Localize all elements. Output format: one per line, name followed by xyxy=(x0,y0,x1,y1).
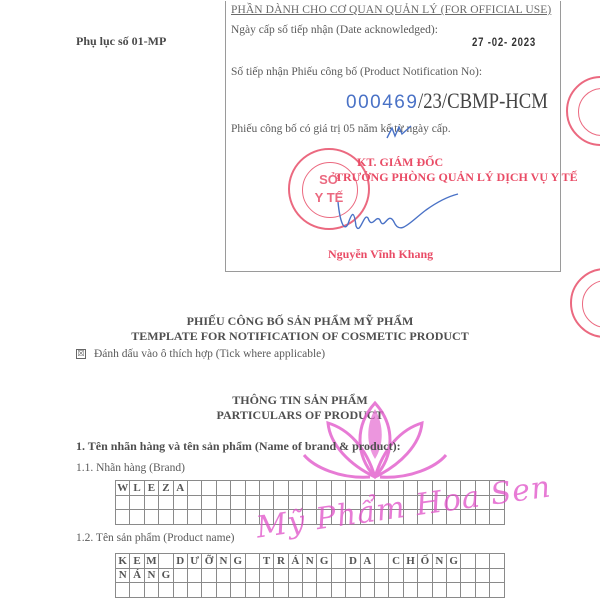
grid-cell: E xyxy=(144,481,158,496)
grid-cell: G xyxy=(317,554,331,569)
grid-cell xyxy=(375,583,389,598)
grid-cell xyxy=(288,568,302,583)
date-acknowledged-value: 27 -02- 2023 xyxy=(472,35,536,49)
grid-cell xyxy=(231,510,245,525)
grid-cell xyxy=(317,481,331,496)
signer-title-line1: KT. GIÁM ĐỐC xyxy=(335,155,578,170)
grid-row: KEMDƯỠNGTRÁNGDACHỐNG xyxy=(116,554,505,569)
grid-cell xyxy=(216,583,230,598)
grid-cell xyxy=(303,568,317,583)
grid-cell xyxy=(202,495,216,510)
grid-cell: W xyxy=(116,481,130,496)
tick-note: ☒Đánh dấu vào ô thích hợp (Tick where ap… xyxy=(76,348,325,360)
notification-number: 000469/23/CBMP-HCM xyxy=(346,88,571,114)
grid-cell: T xyxy=(259,554,273,569)
grid-cell: Ố xyxy=(418,554,432,569)
grid-cell xyxy=(461,568,475,583)
grid-cell: E xyxy=(130,554,144,569)
section-1-title: 1. Tên nhãn hàng và tên sản phẩm (Name o… xyxy=(76,439,401,454)
grid-cell: K xyxy=(116,554,130,569)
grid-cell xyxy=(274,568,288,583)
signer-name: Nguyễn Vĩnh Khang xyxy=(328,247,433,262)
grid-cell xyxy=(403,583,417,598)
grid-cell xyxy=(144,510,158,525)
edge-stamp-top xyxy=(566,76,600,146)
signature-icon xyxy=(330,192,470,242)
product-name-label: 1.2. Tên sản phẩm (Product name) xyxy=(76,532,235,544)
grid-cell xyxy=(303,481,317,496)
grid-cell xyxy=(331,568,345,583)
grid-cell xyxy=(130,495,144,510)
grid-cell xyxy=(403,568,417,583)
grid-cell xyxy=(173,583,187,598)
grid-cell xyxy=(245,481,259,496)
grid-cell xyxy=(245,554,259,569)
grid-cell: Á xyxy=(130,568,144,583)
grid-cell xyxy=(346,583,360,598)
grid-cell: R xyxy=(274,554,288,569)
grid-cell xyxy=(490,568,504,583)
grid-cell xyxy=(173,510,187,525)
grid-cell xyxy=(317,583,331,598)
grid-cell xyxy=(130,583,144,598)
signer-title-line2: TRƯỞNG PHÒNG QUẢN LÝ DỊCH VỤ Y TẾ xyxy=(335,170,578,185)
grid-cell xyxy=(231,495,245,510)
grid-cell xyxy=(202,583,216,598)
notification-number-suffix: /23/CBMP-HCM xyxy=(418,88,548,114)
grid-cell xyxy=(461,583,475,598)
grid-cell xyxy=(360,568,374,583)
grid-cell xyxy=(389,568,403,583)
grid-cell xyxy=(187,510,201,525)
form-title-vi: PHIẾU CÔNG BỐ SẢN PHẨM MỸ PHẨM xyxy=(0,314,600,329)
grid-cell: Z xyxy=(159,481,173,496)
grid-cell: C xyxy=(389,554,403,569)
grid-cell xyxy=(446,568,460,583)
grid-cell xyxy=(116,510,130,525)
grid-cell xyxy=(231,583,245,598)
grid-cell xyxy=(159,510,173,525)
grid-cell: G xyxy=(159,568,173,583)
grid-cell xyxy=(159,495,173,510)
grid-cell xyxy=(389,583,403,598)
grid-cell xyxy=(490,583,504,598)
grid-cell xyxy=(216,481,230,496)
grid-row: NÁNG xyxy=(116,568,505,583)
form-title-en: TEMPLATE FOR NOTIFICATION OF COSMETIC PR… xyxy=(0,329,600,344)
grid-cell xyxy=(274,481,288,496)
grid-cell: N xyxy=(432,554,446,569)
grid-cell xyxy=(245,583,259,598)
grid-cell xyxy=(331,481,345,496)
grid-cell xyxy=(461,554,475,569)
grid-cell: N xyxy=(216,554,230,569)
grid-cell xyxy=(288,481,302,496)
grid-cell xyxy=(144,583,158,598)
grid-cell: M xyxy=(144,554,158,569)
grid-cell xyxy=(173,495,187,510)
grid-cell xyxy=(418,568,432,583)
tick-note-text: Đánh dấu vào ô thích hợp (Tick where app… xyxy=(94,348,325,360)
form-title: PHIẾU CÔNG BỐ SẢN PHẨM MỸ PHẨM TEMPLATE … xyxy=(0,314,600,344)
grid-cell xyxy=(375,554,389,569)
grid-row xyxy=(116,583,505,598)
grid-cell xyxy=(245,495,259,510)
grid-cell xyxy=(216,568,230,583)
grid-cell xyxy=(231,481,245,496)
grid-cell xyxy=(116,583,130,598)
grid-cell xyxy=(187,495,201,510)
grid-cell: N xyxy=(303,554,317,569)
grid-cell: Ư xyxy=(187,554,201,569)
grid-cell: Á xyxy=(288,554,302,569)
grid-cell xyxy=(187,583,201,598)
grid-cell xyxy=(259,481,273,496)
grid-cell xyxy=(216,495,230,510)
brand-label: 1.1. Nhãn hàng (Brand) xyxy=(76,462,185,474)
grid-cell xyxy=(360,583,374,598)
grid-cell xyxy=(173,568,187,583)
grid-cell xyxy=(187,481,201,496)
grid-cell xyxy=(116,495,130,510)
grid-cell: G xyxy=(231,554,245,569)
grid-cell: Ỡ xyxy=(202,554,216,569)
grid-cell: A xyxy=(173,481,187,496)
grid-cell xyxy=(432,583,446,598)
grid-cell xyxy=(259,568,273,583)
appendix-label: Phụ lục số 01-MP xyxy=(76,34,166,49)
grid-cell xyxy=(202,510,216,525)
grid-cell xyxy=(360,481,374,496)
validity-text: Phiếu công bố có giá trị 05 năm kể từ ng… xyxy=(231,123,451,135)
grid-cell xyxy=(202,568,216,583)
checkbox-icon[interactable]: ☒ xyxy=(76,349,86,359)
grid-cell xyxy=(187,568,201,583)
grid-cell xyxy=(418,583,432,598)
grid-cell xyxy=(331,554,345,569)
grid-cell xyxy=(202,481,216,496)
initials-icon xyxy=(385,124,413,142)
grid-cell: G xyxy=(446,554,460,569)
grid-cell xyxy=(317,568,331,583)
notification-no-label: Số tiếp nhận Phiếu công bố (Product Noti… xyxy=(231,66,482,78)
grid-cell: D xyxy=(173,554,187,569)
grid-cell: D xyxy=(346,554,360,569)
grid-cell xyxy=(231,568,245,583)
grid-cell xyxy=(159,554,173,569)
grid-cell: A xyxy=(360,554,374,569)
signer-title: KT. GIÁM ĐỐC TRƯỞNG PHÒNG QUẢN LÝ DỊCH V… xyxy=(335,155,578,185)
grid-cell xyxy=(130,510,144,525)
grid-cell: N xyxy=(116,568,130,583)
grid-cell xyxy=(274,583,288,598)
grid-cell xyxy=(159,583,173,598)
grid-cell xyxy=(475,554,489,569)
grid-cell xyxy=(259,583,273,598)
grid-cell xyxy=(375,568,389,583)
product-name-grid: KEMDƯỠNGTRÁNGDACHỐNGNÁNG xyxy=(115,553,505,598)
date-acknowledged-label: Ngày cấp số tiếp nhận (Date acknowledged… xyxy=(231,24,438,36)
grid-cell: L xyxy=(130,481,144,496)
grid-cell xyxy=(303,583,317,598)
grid-cell xyxy=(144,495,158,510)
grid-cell xyxy=(346,481,360,496)
grid-cell: H xyxy=(403,554,417,569)
grid-cell xyxy=(216,510,230,525)
grid-cell: N xyxy=(144,568,158,583)
official-use-title: PHẦN DÀNH CHO CƠ QUAN QUẢN LÝ (FOR OFFIC… xyxy=(231,4,551,16)
grid-cell xyxy=(331,583,345,598)
grid-cell xyxy=(475,568,489,583)
grid-cell xyxy=(288,583,302,598)
grid-cell xyxy=(490,554,504,569)
grid-cell xyxy=(245,568,259,583)
grid-cell xyxy=(432,568,446,583)
notification-number-stamped: 000469 xyxy=(346,92,418,113)
grid-cell xyxy=(475,583,489,598)
grid-cell xyxy=(346,568,360,583)
grid-cell xyxy=(446,583,460,598)
